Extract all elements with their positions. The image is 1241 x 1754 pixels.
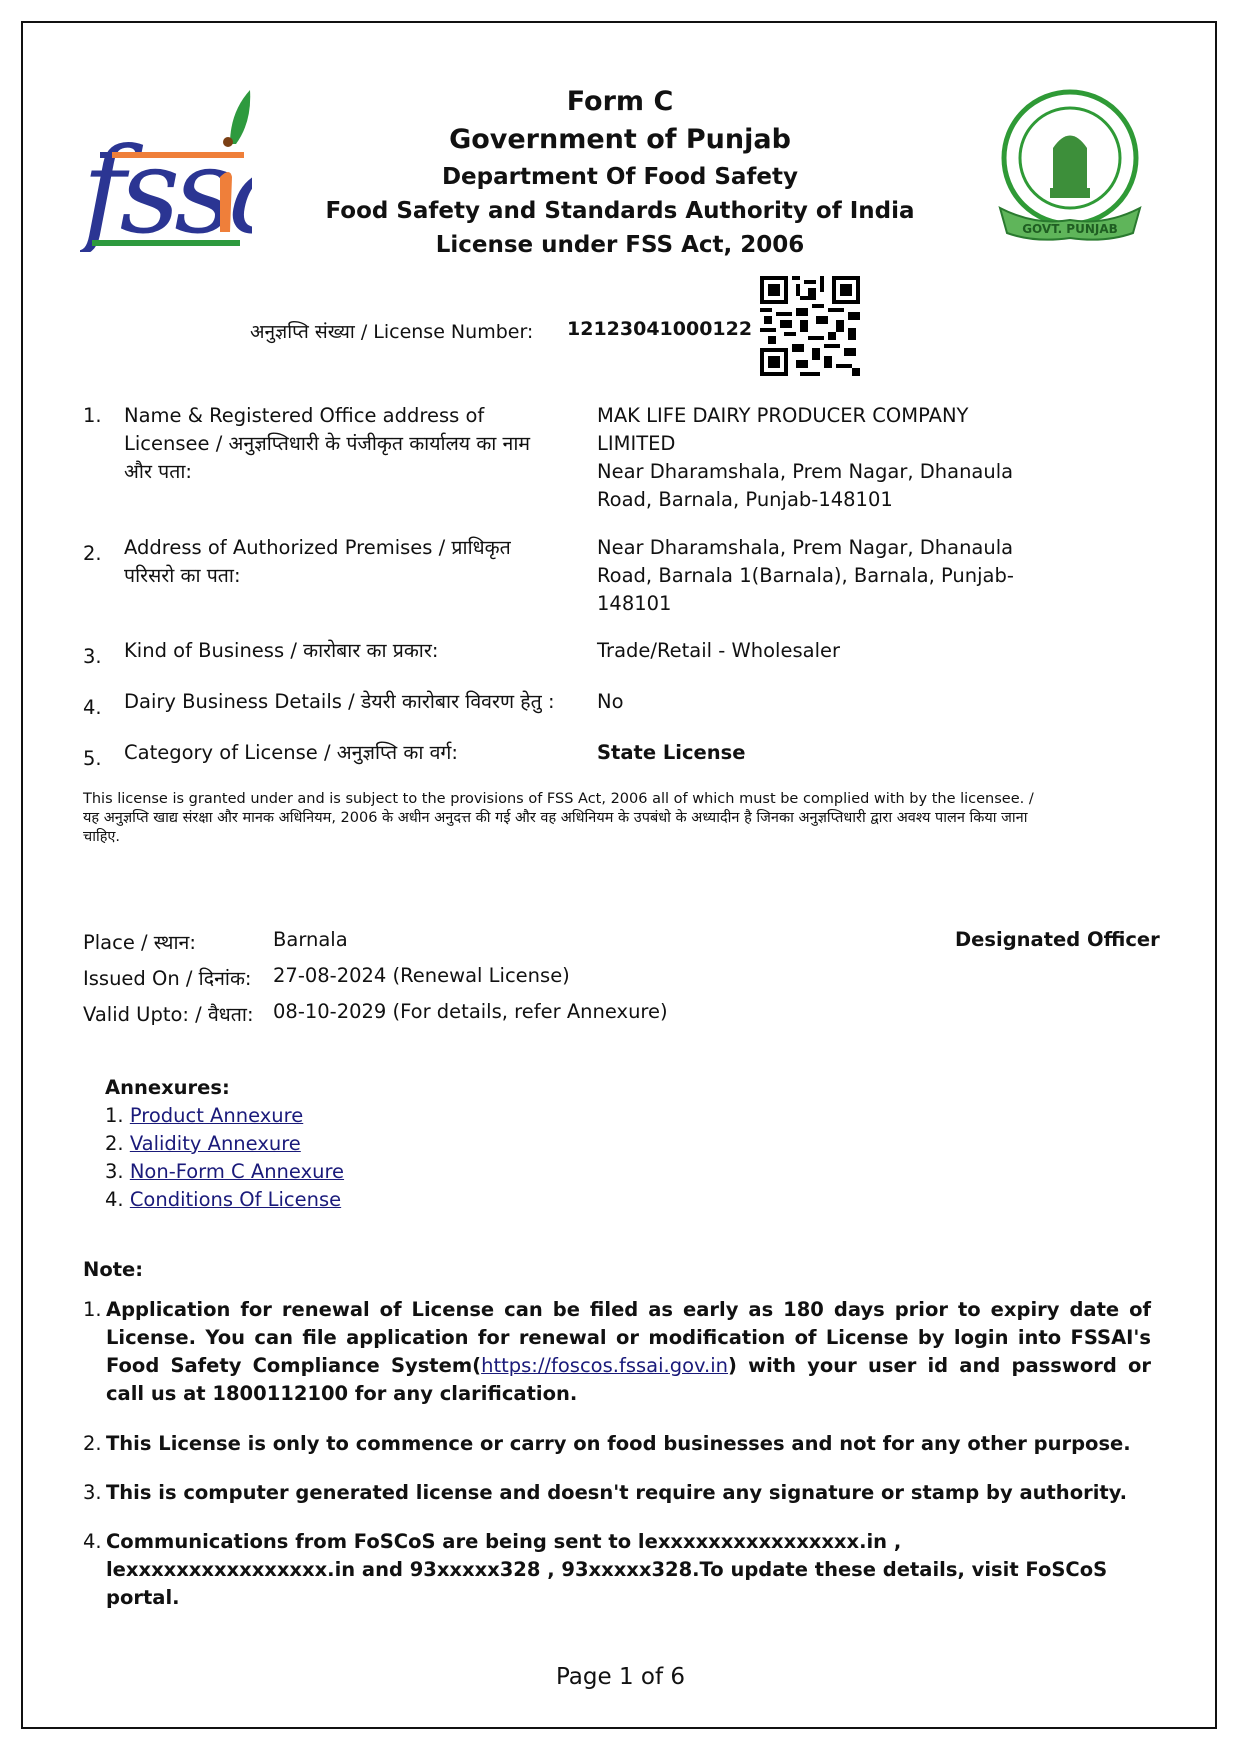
non-form-c-annexure-link[interactable]: Non-Form C Annexure xyxy=(130,1160,344,1183)
qr-code-icon xyxy=(760,276,860,376)
note-text: Communications from FoSCoS are being sen… xyxy=(106,1528,1151,1612)
annexure-item: 2. Validity Annexure xyxy=(105,1130,344,1158)
page-border xyxy=(21,21,1217,1729)
field-5-label: Category of License / अनुज्ञप्ति का वर्ग… xyxy=(124,739,594,767)
note-text: This is computer generated license and d… xyxy=(106,1479,1151,1507)
govt-punjab-seal: GOVT. PUNJAB xyxy=(995,88,1145,248)
foscos-link[interactable]: https://foscos.fssai.gov.in xyxy=(481,1354,728,1377)
field-2-number: 2. xyxy=(83,542,102,565)
issued-value: 27-08-2024 (Renewal License) xyxy=(273,964,570,987)
designated-officer: Designated Officer xyxy=(955,928,1160,951)
license-number-label: अनुज्ञप्ति संख्या / License Number: xyxy=(250,318,533,344)
note-number: 4. xyxy=(83,1528,102,1556)
annexure-number: 4. xyxy=(105,1188,124,1211)
field-3-number: 3. xyxy=(83,645,102,668)
field-1-number: 1. xyxy=(83,404,102,427)
field-5-number: 5. xyxy=(83,747,102,770)
note-item-3: 3. This is computer generated license an… xyxy=(83,1479,1151,1507)
field-2-label: Address of Authorized Premises / प्राधिक… xyxy=(124,534,564,590)
annexure-number: 1. xyxy=(105,1104,124,1127)
authority-title: Food Safety and Standards Authority of I… xyxy=(300,198,940,224)
act-title: License under FSS Act, 2006 xyxy=(300,232,940,258)
annexure-item: 4. Conditions Of License xyxy=(105,1186,344,1214)
note-number: 1. xyxy=(83,1296,102,1324)
valid-value: 08-10-2029 (For details, refer Annexure) xyxy=(273,1000,668,1023)
licensee-address: Near Dharamshala, Prem Nagar, Dhanaula R… xyxy=(597,458,1037,514)
annexures-list: Annexures: 1. Product Annexure 2. Validi… xyxy=(105,1074,344,1214)
field-1-value: MAK LIFE DAIRY PRODUCER COMPANY LIMITED … xyxy=(597,402,1037,514)
license-number: 12123041000122 xyxy=(567,318,752,340)
field-4-value: No xyxy=(597,688,1037,716)
note-item-4: 4. Communications from FoSCoS are being … xyxy=(83,1528,1151,1612)
note-item-1: 1. Application for renewal of License ca… xyxy=(83,1296,1151,1408)
field-3-value: Trade/Retail - Wholesaler xyxy=(597,637,1037,665)
annexure-number: 2. xyxy=(105,1132,124,1155)
annexure-number: 3. xyxy=(105,1160,124,1183)
place-label: Place / स्थान: xyxy=(83,928,196,955)
grant-statement: This license is granted under and is sub… xyxy=(83,790,1043,847)
valid-label: Valid Upto: / वैधता: xyxy=(83,1000,254,1027)
fssai-logo: fssa xyxy=(80,82,252,252)
annexures-title: Annexures: xyxy=(105,1074,344,1102)
annexure-item: 3. Non-Form C Annexure xyxy=(105,1158,344,1186)
svg-text:GOVT. PUNJAB: GOVT. PUNJAB xyxy=(1022,222,1118,236)
validity-annexure-link[interactable]: Validity Annexure xyxy=(130,1132,301,1155)
field-5-value: State License xyxy=(597,739,1037,767)
field-1-label: Name & Registered Office address of Lice… xyxy=(124,402,564,486)
field-3-label: Kind of Business / कारोबार का प्रकार: xyxy=(124,637,594,665)
note-number: 3. xyxy=(83,1479,102,1507)
place-value: Barnala xyxy=(273,928,348,951)
licensee-name: MAK LIFE DAIRY PRODUCER COMPANY LIMITED xyxy=(597,402,1037,458)
note-item-2: 2. This License is only to commence or c… xyxy=(83,1430,1151,1458)
field-2-value: Near Dharamshala, Prem Nagar, Dhanaula R… xyxy=(597,534,1037,618)
issued-label: Issued On / दिनांक: xyxy=(83,964,252,991)
annexure-item: 1. Product Annexure xyxy=(105,1102,344,1130)
note-title: Note: xyxy=(83,1258,143,1281)
department-title: Department Of Food Safety xyxy=(300,164,940,190)
field-4-label: Dairy Business Details / डेयरी कारोबार व… xyxy=(124,688,594,716)
product-annexure-link[interactable]: Product Annexure xyxy=(130,1104,303,1127)
government-title: Government of Punjab xyxy=(300,124,940,155)
conditions-of-license-link[interactable]: Conditions Of License xyxy=(130,1188,341,1211)
field-4-number: 4. xyxy=(83,696,102,719)
note-text: This License is only to commence or carr… xyxy=(106,1430,1151,1458)
form-title: Form C xyxy=(300,86,940,117)
page-number: Page 1 of 6 xyxy=(0,1664,1241,1690)
note-number: 2. xyxy=(83,1430,102,1458)
